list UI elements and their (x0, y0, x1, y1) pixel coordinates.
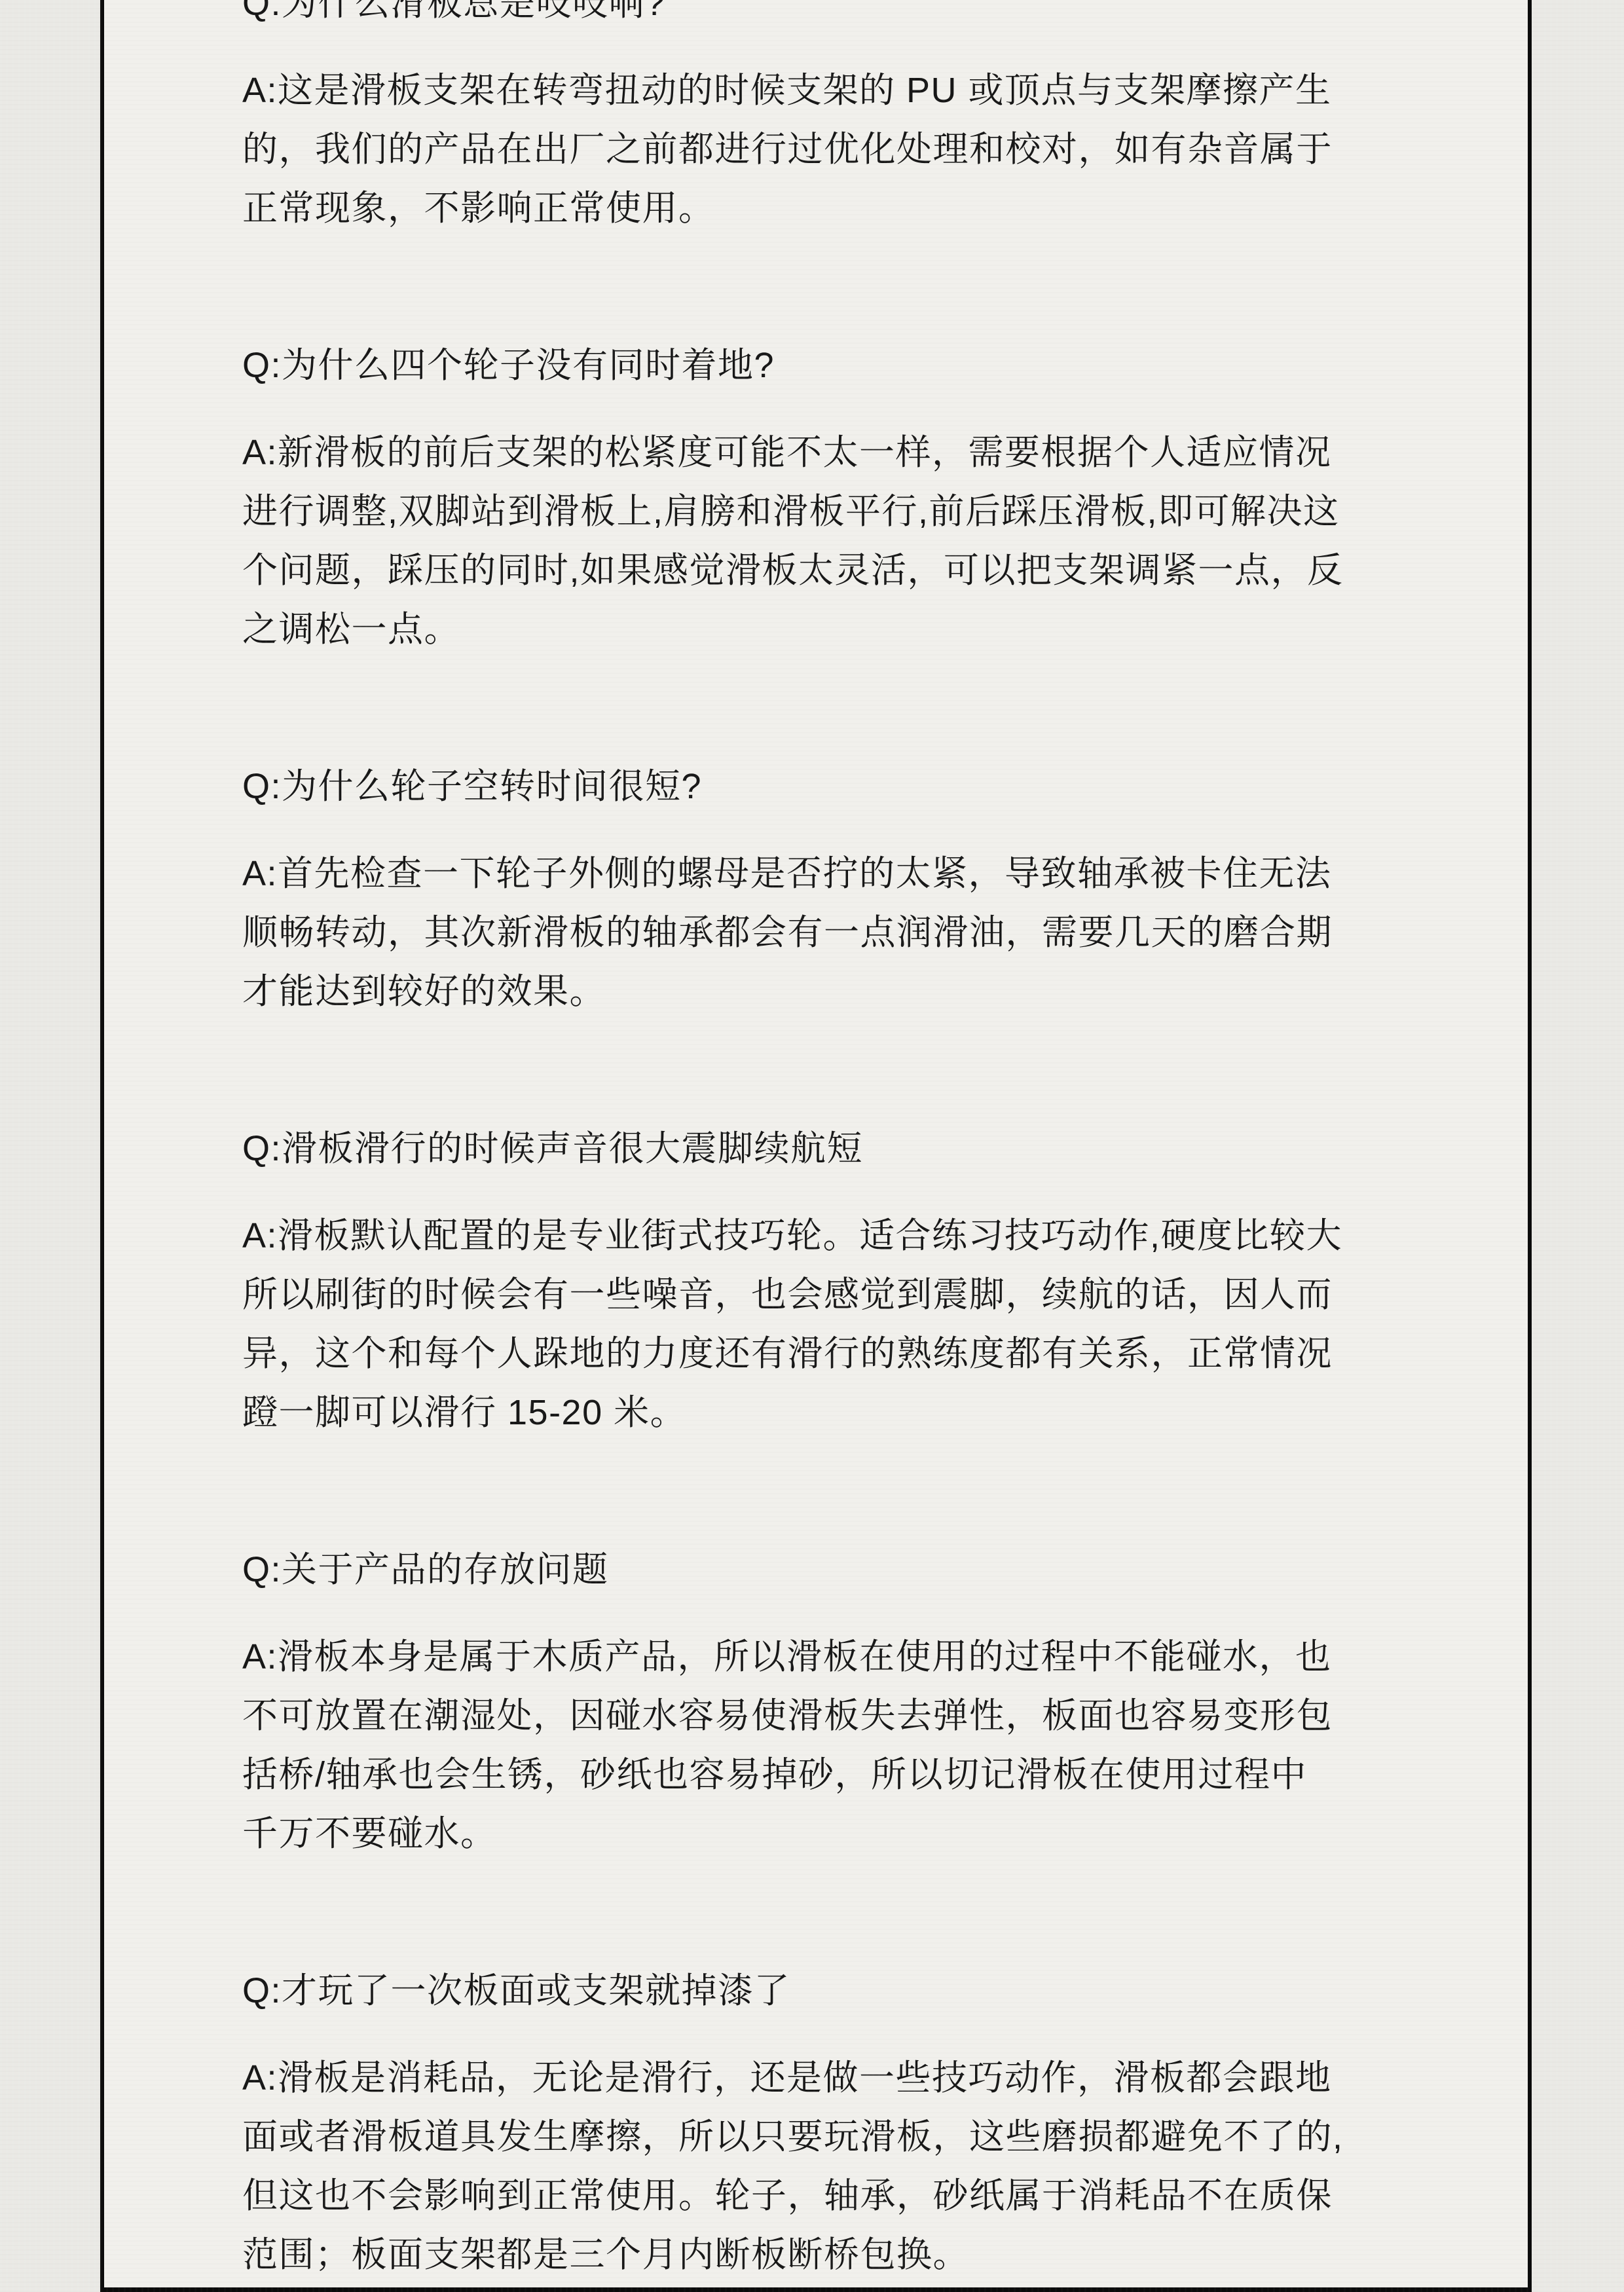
faq-answer-line: A:滑板本身是属于木质产品，所以滑板在使用的过程中不能碰水，也 (242, 1627, 1421, 1686)
faq-question: Q:为什么四个轮子没有同时着地? (242, 336, 1421, 395)
faq-content-column: Q:为什么滑板总是吱吱响? A:这是滑板支架在转弯扭动的时候支架的 PU 或顶点… (242, 0, 1421, 2284)
faq-item: Q:为什么四个轮子没有同时着地? A:新滑板的前后支架的松紧度可能不太一样，需要… (242, 336, 1421, 659)
faq-answer: A:滑板本身是属于木质产品，所以滑板在使用的过程中不能碰水，也 不可放置在潮湿处… (242, 1627, 1421, 1863)
faq-answer-line: 不可放置在潮湿处，因碰水容易使滑板失去弹性，板面也容易变形包 (242, 1686, 1421, 1745)
faq-item: Q:滑板滑行的时候声音很大震脚续航短 A:滑板默认配置的是专业街式技巧轮。适合练… (242, 1119, 1421, 1442)
faq-answer-line: 范围；板面支架都是三个月内断板断桥包换。 (242, 2225, 1421, 2284)
faq-answer-line: A:滑板是消耗品，无论是滑行，还是做一些技巧动作，滑板都会跟地 (242, 2048, 1421, 2107)
faq-answer: A:这是滑板支架在转弯扭动的时候支架的 PU 或顶点与支架摩擦产生 的，我们的产… (242, 61, 1421, 238)
faq-answer-line: 正常现象，不影响正常使用。 (242, 179, 1421, 238)
faq-answer-line: 千万不要碰水。 (242, 1804, 1421, 1863)
faq-item: Q:为什么滑板总是吱吱响? A:这是滑板支架在转弯扭动的时候支架的 PU 或顶点… (242, 0, 1421, 238)
faq-answer: A:滑板是消耗品，无论是滑行，还是做一些技巧动作，滑板都会跟地 面或者滑板道具发… (242, 2048, 1421, 2284)
faq-question: Q:关于产品的存放问题 (242, 1540, 1421, 1599)
faq-answer-line: A:滑板默认配置的是专业街式技巧轮。适合练习技巧动作,硬度比较大 (242, 1206, 1421, 1265)
faq-item: Q:为什么轮子空转时间很短? A:首先检查一下轮子外侧的螺母是否拧的太紧，导致轴… (242, 757, 1421, 1021)
faq-item: Q:才玩了一次板面或支架就掉漆了 A:滑板是消耗品，无论是滑行，还是做一些技巧动… (242, 1961, 1421, 2284)
faq-answer-line: 的，我们的产品在出厂之前都进行过优化处理和校对，如有杂音属于 (242, 120, 1421, 179)
faq-answer-line: 括桥/轴承也会生锈，砂纸也容易掉砂，所以切记滑板在使用过程中 (242, 1745, 1421, 1804)
faq-item: Q:关于产品的存放问题 A:滑板本身是属于木质产品，所以滑板在使用的过程中不能碰… (242, 1540, 1421, 1863)
faq-answer-line: A:新滑板的前后支架的松紧度可能不太一样，需要根据个人适应情况 (242, 423, 1421, 482)
faq-question: Q:才玩了一次板面或支架就掉漆了 (242, 1961, 1421, 2020)
faq-answer: A:首先检查一下轮子外侧的螺母是否拧的太紧，导致轴承被卡住无法 顺畅转动，其次新… (242, 844, 1421, 1021)
faq-answer-line: 但这也不会影响到正常使用。轮子，轴承，砂纸属于消耗品不在质保 (242, 2166, 1421, 2225)
faq-answer-line: 顺畅转动，其次新滑板的轴承都会有一点润滑油，需要几天的磨合期 (242, 903, 1421, 962)
faq-answer-line: 之调松一点。 (242, 600, 1421, 659)
faq-question: Q:为什么滑板总是吱吱响? (242, 0, 1421, 33)
faq-question: Q:为什么轮子空转时间很短? (242, 757, 1421, 816)
faq-page-card: Q:为什么滑板总是吱吱响? A:这是滑板支架在转弯扭动的时候支架的 PU 或顶点… (100, 0, 1532, 2292)
faq-answer-line: A:这是滑板支架在转弯扭动的时候支架的 PU 或顶点与支架摩擦产生 (242, 61, 1421, 120)
faq-answer-line: 才能达到较好的效果。 (242, 962, 1421, 1021)
faq-answer-line: 个问题，踩压的同时,如果感觉滑板太灵活，可以把支架调紧一点，反 (242, 541, 1421, 600)
faq-answer-line: 所以刷街的时候会有一些噪音，也会感觉到震脚，续航的话，因人而 (242, 1265, 1421, 1324)
faq-answer-line: A:首先检查一下轮子外侧的螺母是否拧的太紧，导致轴承被卡住无法 (242, 844, 1421, 903)
faq-question: Q:滑板滑行的时候声音很大震脚续航短 (242, 1119, 1421, 1178)
faq-answer-line: 蹬一脚可以滑行 15-20 米。 (242, 1383, 1421, 1442)
faq-answer: A:新滑板的前后支架的松紧度可能不太一样，需要根据个人适应情况 进行调整,双脚站… (242, 423, 1421, 659)
faq-answer-line: 面或者滑板道具发生摩擦，所以只要玩滑板，这些磨损都避免不了的, (242, 2107, 1421, 2166)
faq-answer-line: 进行调整,双脚站到滑板上,肩膀和滑板平行,前后踩压滑板,即可解决这 (242, 482, 1421, 541)
faq-answer: A:滑板默认配置的是专业街式技巧轮。适合练习技巧动作,硬度比较大 所以刷街的时候… (242, 1206, 1421, 1442)
faq-answer-line: 异，这个和每个人跺地的力度还有滑行的熟练度都有关系，正常情况 (242, 1324, 1421, 1383)
